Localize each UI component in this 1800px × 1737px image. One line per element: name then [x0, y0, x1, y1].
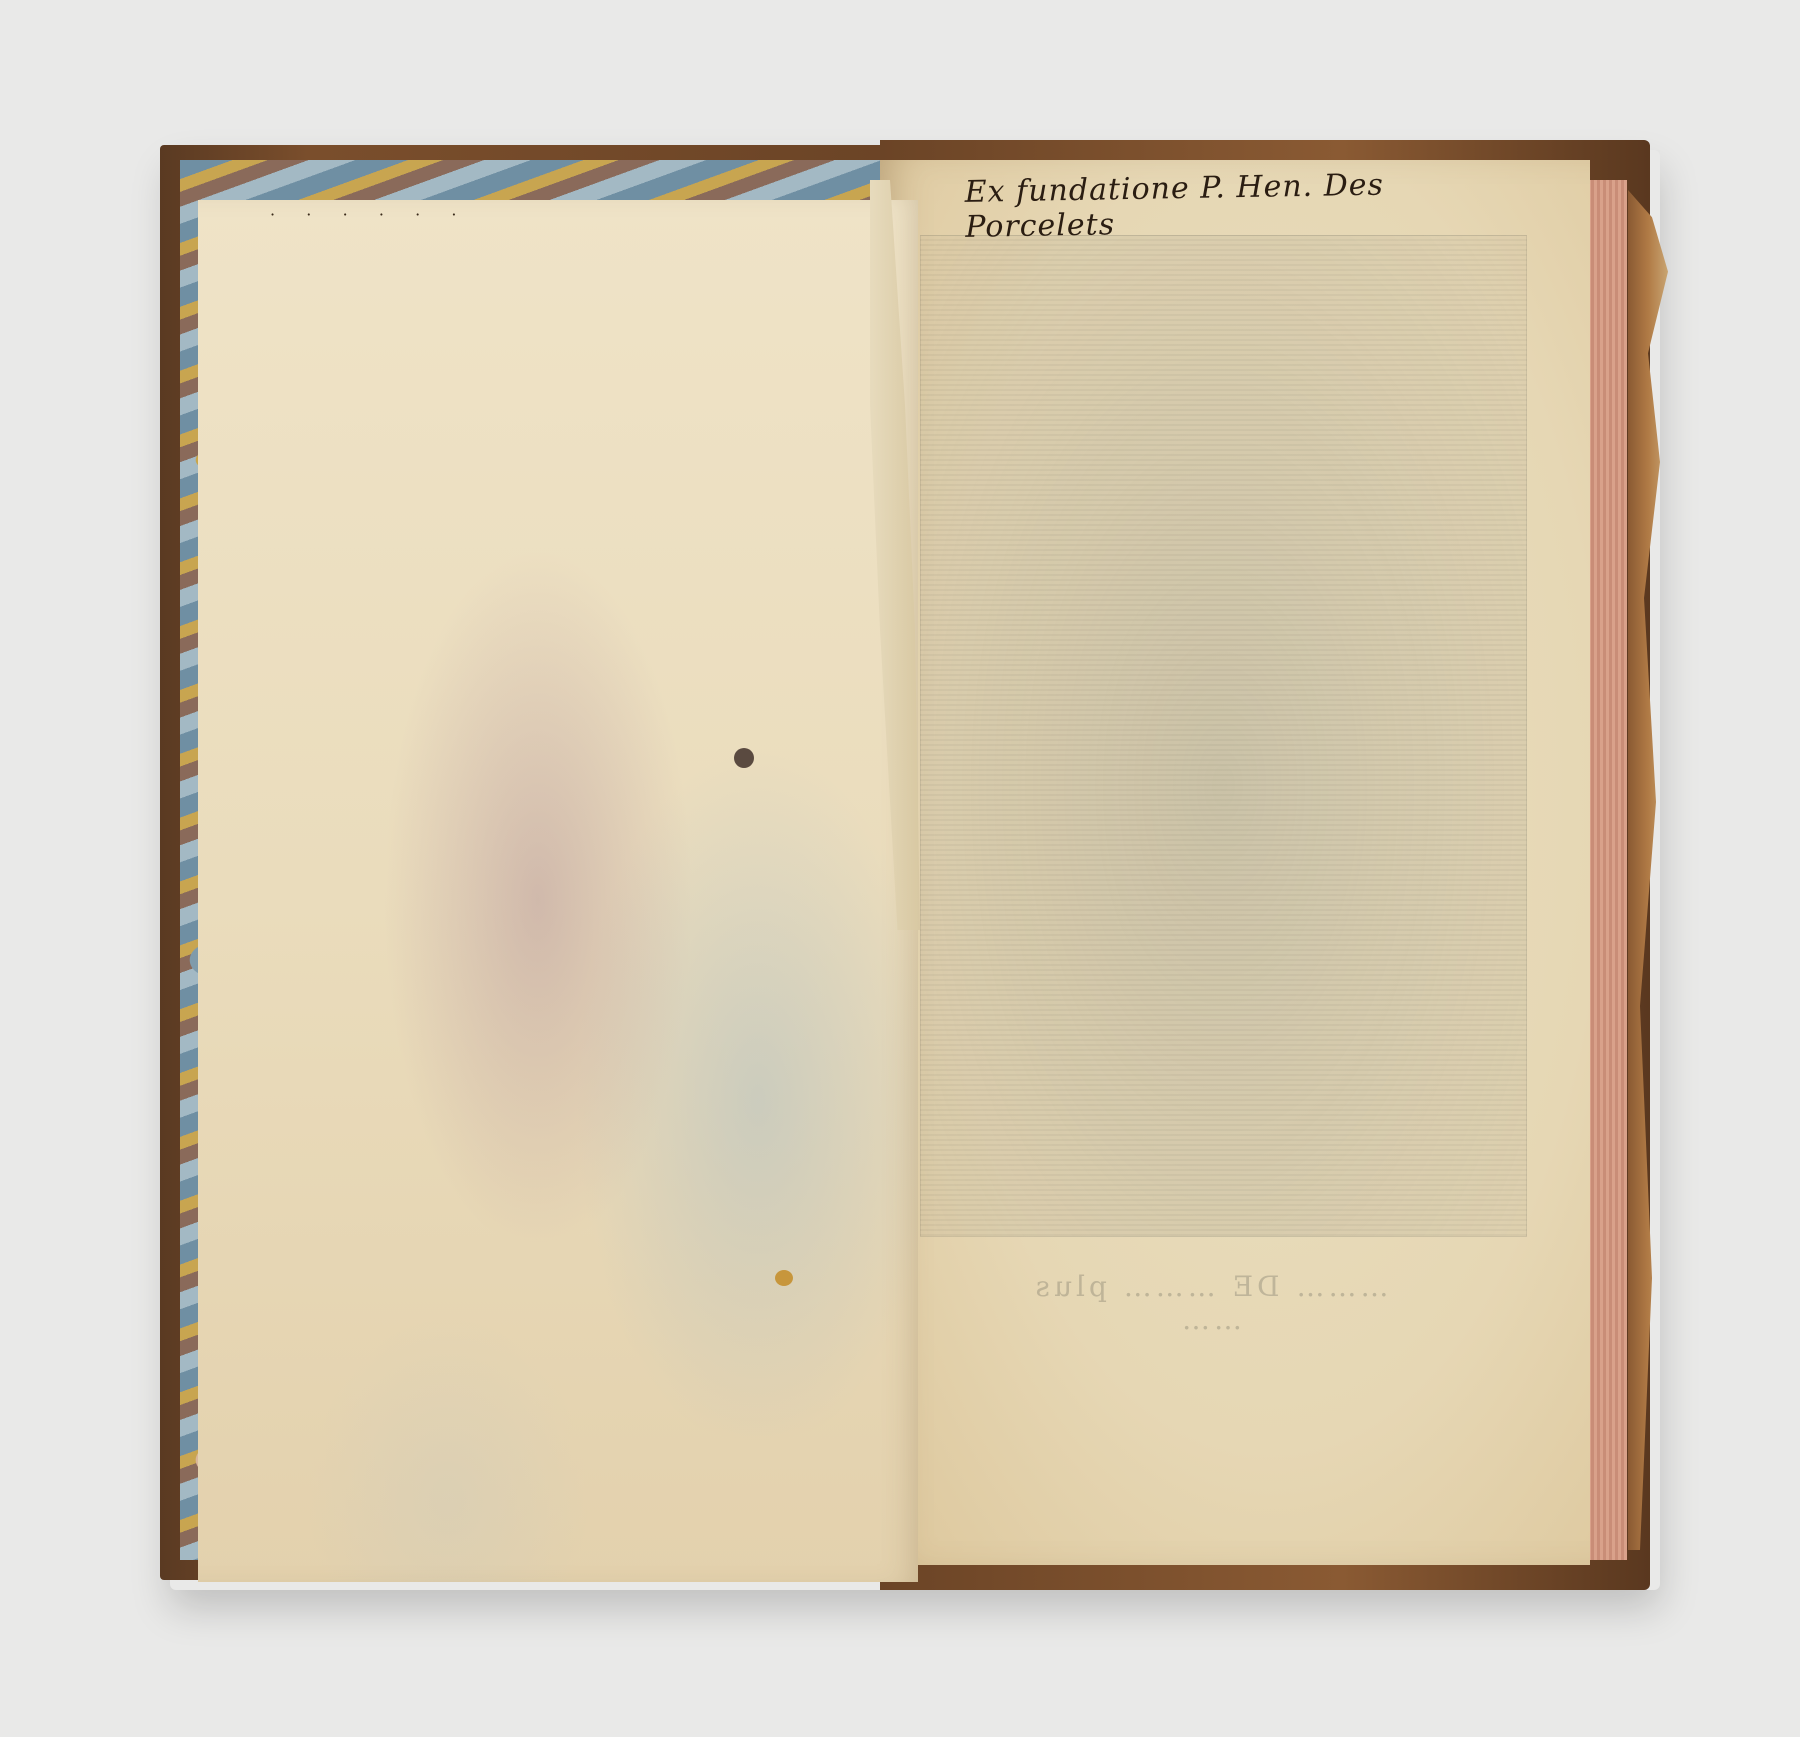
dark-stain	[734, 748, 754, 768]
book-photo: ……… DE ……… plus …… Ex fundatione P. Hen.…	[0, 0, 1800, 1737]
left-flyleaf	[198, 200, 918, 1582]
handwritten-inscription: Ex fundatione P. Hen. Des Porcelets	[964, 165, 1525, 245]
show-through-caption: ……… DE ……… plus ……	[1000, 1270, 1420, 1336]
ink-specks: · · · · · ·	[270, 205, 471, 224]
show-through-engraving	[920, 235, 1527, 1237]
foxing-stain	[775, 1270, 793, 1286]
torn-spine-edge	[1628, 190, 1668, 1550]
red-page-edges	[1585, 180, 1627, 1560]
